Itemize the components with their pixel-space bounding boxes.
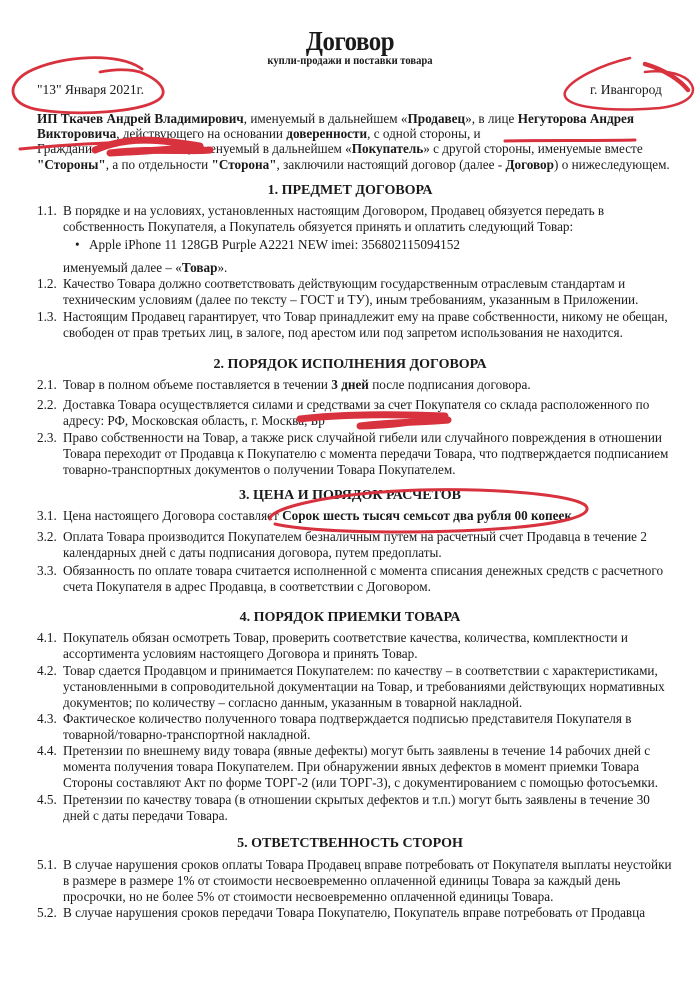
clause-text: Товар в полном объеме поставляется в теч… — [63, 377, 331, 392]
clause-text: Товар сдается Продавцом и принимается По… — [63, 663, 677, 710]
seller-role: Продавец — [407, 111, 465, 126]
section-title-2: 2. ПОРЯДОК ИСПОЛНЕНИЯ ДОГОВОРА — [0, 357, 700, 373]
party-term: "Сторона" — [212, 157, 277, 172]
preamble-text: , а по отдельности — [106, 157, 212, 172]
clause-3-2: 3.2. Оплата Товара производится Покупате… — [37, 529, 677, 561]
clause-number: 1.1. — [37, 203, 63, 219]
clause-number: 4.4. — [37, 743, 63, 759]
preamble-text: , именуемый в дальнейшем « — [188, 141, 352, 156]
clause-number: 5.2. — [37, 905, 63, 921]
clause-text: Претензии по внешнему виду товара (явные… — [63, 743, 677, 790]
clause-number: 2.2. — [37, 397, 63, 413]
goods-definition-text: ». — [217, 260, 227, 275]
clause-text: Право собственности на Товар, а также ри… — [63, 430, 677, 477]
clause-text: Качество Товара должно соответствовать д… — [63, 276, 677, 308]
clause-5-1: 5.1. В случае нарушения сроков оплаты То… — [37, 857, 677, 904]
goods-item: •Apple iPhone 11 128GB Purple A2221 NEW … — [75, 237, 460, 253]
clause-text: В порядке и на условиях, установленных н… — [63, 203, 677, 235]
preamble-text: ) о нижеследующем. — [554, 157, 670, 172]
clause-number: 2.3. — [37, 430, 63, 446]
clause-4-2: 4.2. Товар сдается Продавцом и принимает… — [37, 663, 677, 710]
preamble-text: », в лице — [465, 111, 518, 126]
contract-page: Договор купли-продажи и поставки товара … — [0, 0, 700, 990]
clause-3-3: 3.3. Обязанность по оплате товара считае… — [37, 563, 677, 595]
clause-4-3: 4.3. Фактическое количество полученного … — [37, 711, 677, 743]
section-title-4: 4. ПОРЯДОК ПРИЕМКИ ТОВАРА — [0, 610, 700, 626]
goods-description: Apple iPhone 11 128GB Purple A2221 NEW i… — [89, 237, 460, 252]
clause-text: В случае нарушения сроков оплаты Товара … — [63, 857, 677, 904]
clause-number: 4.2. — [37, 663, 63, 679]
clause-number: 1.3. — [37, 309, 63, 325]
clause-text: после подписания договора. — [369, 377, 531, 392]
contract-term: Договор — [505, 157, 554, 172]
clause-4-4: 4.4. Претензии по внешнему виду товара (… — [37, 743, 677, 790]
clause-2-1: 2.1. Товар в полном объеме поставляется … — [37, 377, 677, 393]
goods-definition-text: именуемый далее – « — [63, 260, 182, 275]
clause-text: Фактическое количество полученного товар… — [63, 711, 677, 743]
goods-definition: именуемый далее – «Товар». — [63, 260, 227, 276]
buyer-role: Покупатель — [352, 141, 423, 156]
section-title-1: 1. ПРЕДМЕТ ДОГОВОРА — [0, 183, 700, 199]
parties-term: "Стороны" — [37, 157, 106, 172]
clause-4-5: 4.5. Претензии по качеству товара (в отн… — [37, 792, 677, 824]
clause-text: Доставка Товара осуществляется силами и … — [63, 397, 677, 429]
section-title-5: 5. ОТВЕТСТВЕННОСТЬ СТОРОН — [0, 836, 700, 852]
clause-text: Претензии по качеству товара (в отношени… — [63, 792, 677, 824]
clause-number: 4.1. — [37, 630, 63, 646]
buyer-prefix: Граждани — [37, 141, 92, 156]
clause-1-3: 1.3. Настоящим Продавец гарантирует, что… — [37, 309, 677, 341]
clause-2-2: 2.2. Доставка Товара осуществляется сила… — [37, 397, 677, 429]
document-subtitle: купли-продажи и поставки товара — [28, 55, 672, 67]
clause-number: 1.2. — [37, 276, 63, 292]
delivery-term: 3 дней — [331, 377, 369, 392]
preamble-text: , действующего на основании — [116, 126, 286, 141]
clause-number: 4.3. — [37, 711, 63, 727]
section-title-3: 3. ЦЕНА И ПОРЯДОК РАСЧЕТОВ — [0, 488, 700, 504]
clause-number: 4.5. — [37, 792, 63, 808]
clause-4-1: 4.1. Покупатель обязан осмотреть Товар, … — [37, 630, 677, 662]
contract-price: Сорок шесть тысяч семьсот два рубля 00 к… — [282, 508, 572, 523]
authority-basis: доверенности — [286, 126, 367, 141]
clause-number: 3.2. — [37, 529, 63, 545]
clause-text: В случае нарушения сроков передачи Товар… — [63, 905, 677, 921]
bullet-icon: • — [75, 237, 89, 253]
goods-term: Товар — [182, 260, 218, 275]
clause-number: 3.1. — [37, 508, 63, 524]
preamble-text: , с одной стороны, и — [367, 126, 480, 141]
preamble: ИП Ткачев Андрей Владимирович, именуемый… — [37, 111, 677, 172]
clause-5-2: 5.2. В случае нарушения сроков передачи … — [37, 905, 677, 921]
clause-1-2: 1.2. Качество Товара должно соответствов… — [37, 276, 677, 308]
clause-text: Цена настоящего Договора составляет — [63, 508, 282, 523]
clause-2-3: 2.3. Право собственности на Товар, а так… — [37, 430, 677, 477]
preamble-text: , именуемый в дальнейшем « — [244, 111, 408, 126]
clause-number: 5.1. — [37, 857, 63, 873]
contract-city: г. Ивангород — [590, 82, 662, 98]
preamble-text: , заключили настоящий договор (далее - — [277, 157, 506, 172]
preamble-text: » с другой стороны, именуемые вместе — [423, 141, 642, 156]
clause-text: Настоящим Продавец гарантирует, что Това… — [63, 309, 677, 341]
clause-number: 2.1. — [37, 377, 63, 393]
clause-1-1: 1.1. В порядке и на условиях, установлен… — [37, 203, 677, 235]
clause-number: 3.3. — [37, 563, 63, 579]
contract-date: "13" Января 2021г. — [37, 82, 144, 98]
document-title: Договор — [28, 26, 672, 57]
clause-text: Покупатель обязан осмотреть Товар, прове… — [63, 630, 677, 662]
clause-text: Обязанность по оплате товара считается и… — [63, 563, 677, 595]
clause-text: Оплата Товара производится Покупателем б… — [63, 529, 677, 561]
clause-3-1: 3.1. Цена настоящего Договора составляет… — [37, 508, 677, 524]
seller-name: ИП Ткачев Андрей Владимирович — [37, 111, 244, 126]
